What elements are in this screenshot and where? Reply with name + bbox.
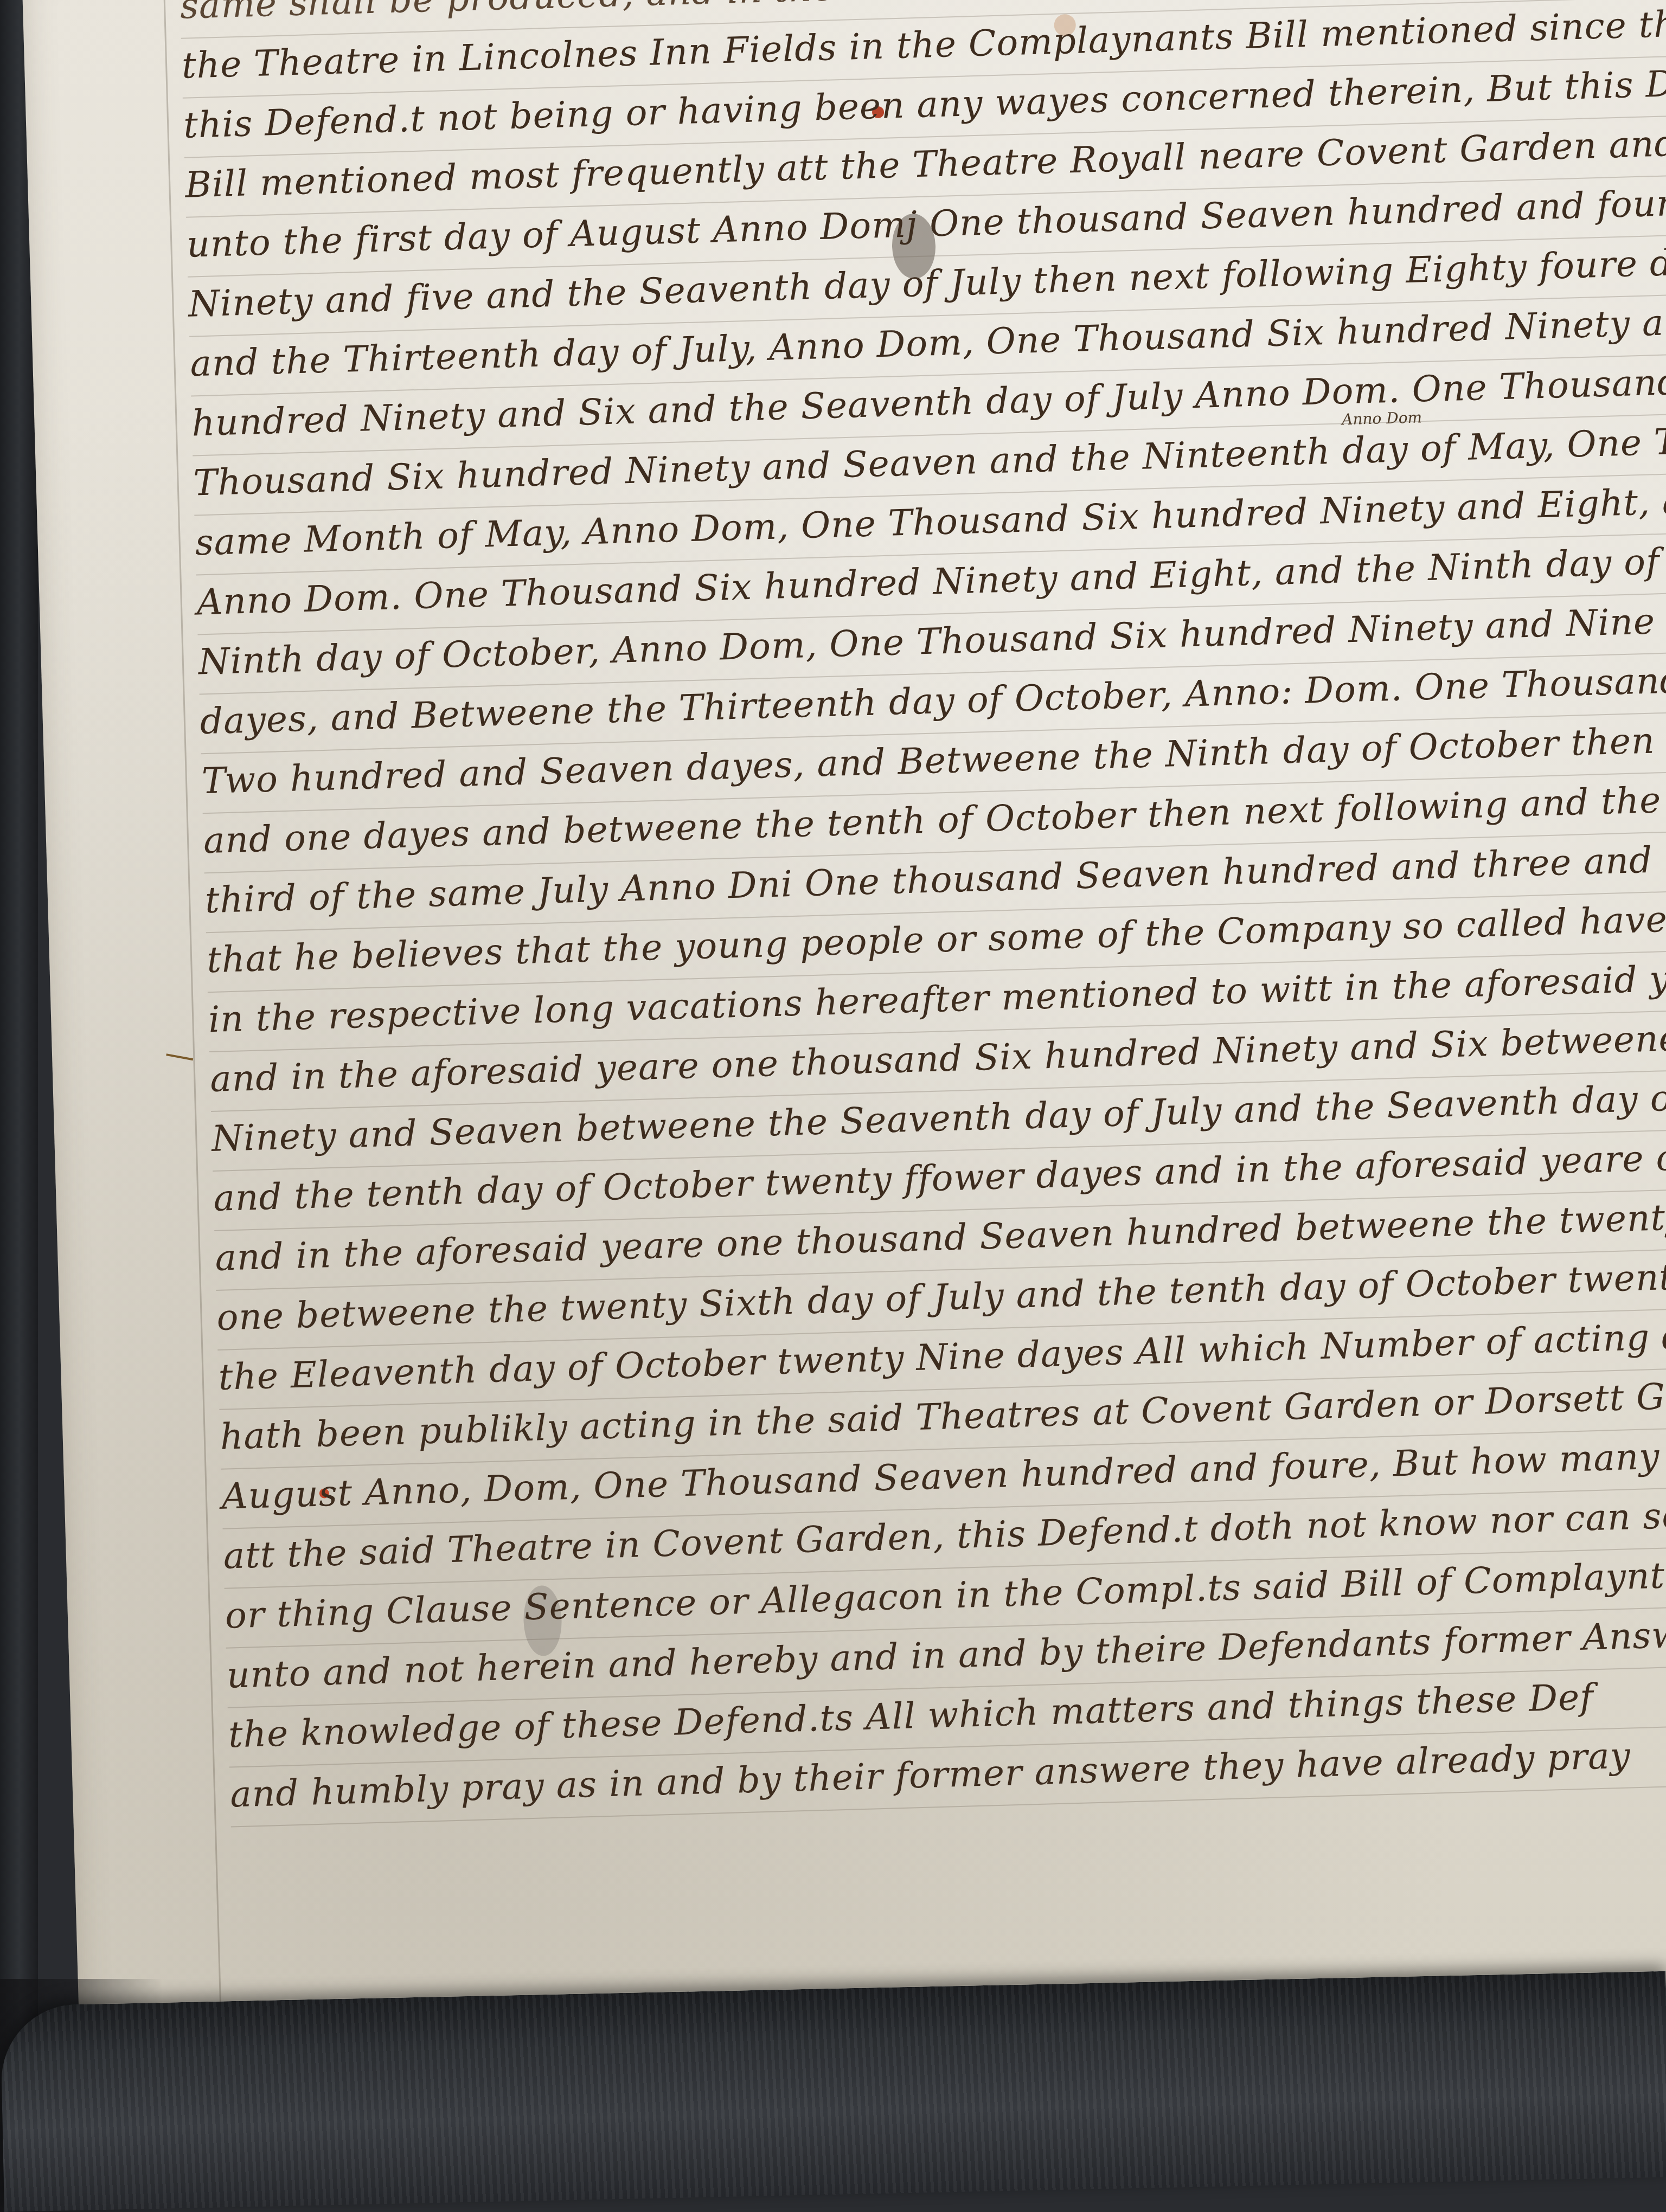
document-photo: Anno Dom same shall be produced, and in … — [0, 0, 1666, 2212]
margin-mark — [166, 1053, 193, 1060]
manuscript-page: Anno Dom same shall be produced, and in … — [22, 0, 1666, 2038]
book-binding-bottom — [0, 1971, 1666, 2212]
manuscript-text: same shall be produced, and in the the T… — [180, 0, 1666, 1828]
